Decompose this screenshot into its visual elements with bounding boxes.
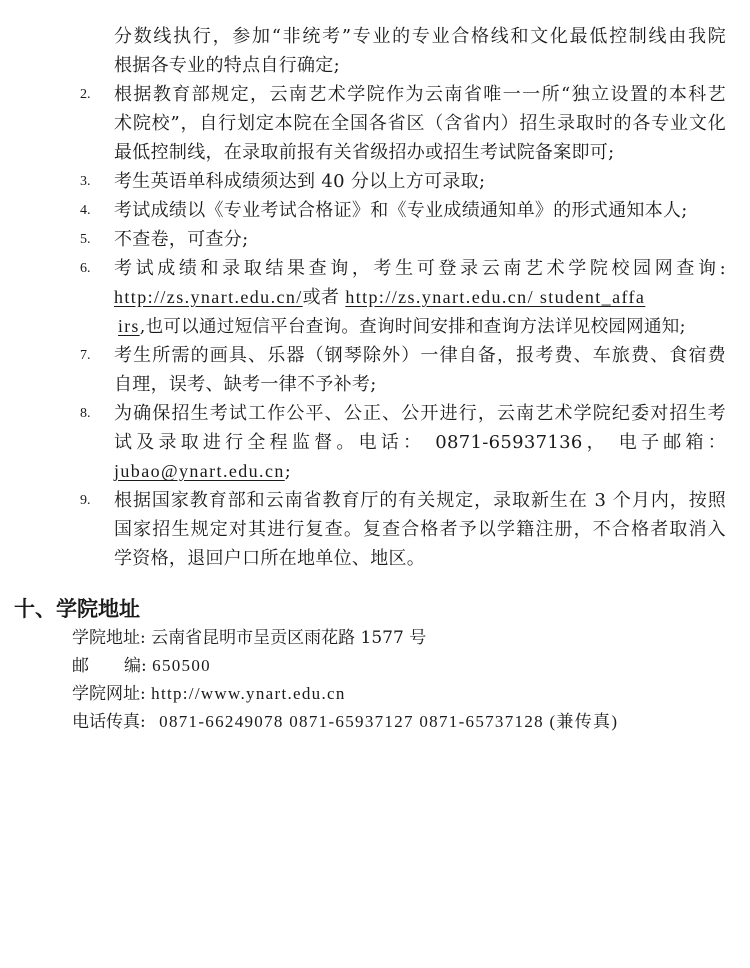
item-9-number: 9. xyxy=(80,486,91,515)
section-heading-address: 十、学院地址 xyxy=(14,594,140,624)
item-9-line-3: 学资格，退回户口所在地单位、地区。 xyxy=(114,544,726,573)
item-3-number: 3. xyxy=(80,167,91,196)
item-2-number: 2. xyxy=(80,80,91,109)
item-4-number: 4. xyxy=(80,196,91,225)
admissions-site-link[interactable]: http://zs.ynart.edu.cn/ xyxy=(114,287,303,307)
item-6-line-2: http://zs.ynart.edu.cn/或者 http://zs.ynar… xyxy=(114,283,726,312)
item-8-line-3: jubao@ynart.edu.cn; xyxy=(114,457,726,486)
phone-fax-row: 电话传真: 0871-66249078 0871-65937127 0871-6… xyxy=(72,708,618,736)
website-link[interactable]: http://www.ynart.edu.cn xyxy=(151,680,346,708)
document-page: 分数线执行，参加“非统考”专业的专业合格线和文化最低控制线由我院 根据各专业的特… xyxy=(0,0,750,968)
postcode-label-1: 邮 xyxy=(72,652,124,680)
phone-fax-value: 0871-66249078 0871-65937127 0871-6573712… xyxy=(159,708,618,736)
address-row: 学院地址: 云南省昆明市呈贡区雨花路 1577 号 xyxy=(72,624,426,652)
item-8-line-2: 试及录取进行全程监督。电话： 0871-65937136， 电子邮箱： xyxy=(114,428,726,457)
item-1-continuation-line-2: 根据各专业的特点自行确定; xyxy=(114,51,726,80)
item-7-number: 7. xyxy=(80,341,91,370)
student-affairs-link-part-1[interactable]: http://zs.ynart.edu.cn/ student_affa xyxy=(345,287,645,307)
item-7-line-1: 考生所需的画具、乐器（钢琴除外）一律自备，报考费、车旅费、食宿费 xyxy=(114,341,726,370)
student-affairs-link-part-2[interactable]: irs xyxy=(118,316,140,336)
item-2-line-3: 最低控制线，在录取前报有关省级招办或招生考试院备案即可; xyxy=(114,138,726,167)
item-7-line-2: 自理，误考、缺考一律不予补考; xyxy=(114,370,726,399)
postcode-label-2: 编: xyxy=(124,652,147,680)
item-6-number: 6. xyxy=(80,254,91,283)
item-2-line-1: 根据教育部规定，云南艺术学院作为云南省唯一一所“独立设置的本科艺 xyxy=(114,80,726,109)
item-3-line-1: 考生英语单科成绩须达到 40 分以上方可录取; xyxy=(114,167,726,196)
or-text: 或者 xyxy=(303,287,340,308)
postcode-row: 邮编: 650500 xyxy=(72,652,211,680)
item-1-continuation-line-1: 分数线执行，参加“非统考”专业的专业合格线和文化最低控制线由我院 xyxy=(114,22,726,51)
item-6-line-1: 考试成绩和录取结果查询，考生可登录云南艺术学院校园网查询: xyxy=(114,254,726,283)
item-6-line-3-text: ,也可以通过短信平台查询。查询时间安排和查询方法详见校园网通知; xyxy=(140,317,686,337)
item-4-line-1: 考试成绩以《专业考试合格证》和《专业成绩通知单》的形式通知本人; xyxy=(114,196,726,225)
website-label: 学院网址: xyxy=(72,680,146,708)
item-5-number: 5. xyxy=(80,225,91,254)
address-label: 学院地址: xyxy=(72,624,146,652)
item-9-line-2: 国家招生规定对其进行复查。复查合格者予以学籍注册，不合格者取消入 xyxy=(114,515,726,544)
phone-fax-label: 电话传真: xyxy=(72,708,146,736)
complaint-email-link[interactable]: jubao@ynart.edu.cn xyxy=(114,461,285,481)
item-5-line-1: 不查卷，可查分; xyxy=(114,225,726,254)
item-9-line-1: 根据国家教育部和云南省教育厅的有关规定，录取新生在 3 个月内，按照 xyxy=(114,486,726,515)
website-row: 学院网址: http://www.ynart.edu.cn xyxy=(72,680,346,708)
item-8-line-1: 为确保招生考试工作公平、公正、公开进行，云南艺术学院纪委对招生考 xyxy=(114,399,726,428)
postcode-value: 650500 xyxy=(152,652,211,680)
email-suffix: ; xyxy=(285,461,291,482)
item-2-line-2: 术院校”，自行划定本院在全国各省区（含省内）招生录取时的各专业文化 xyxy=(114,109,726,138)
address-value: 云南省昆明市呈贡区雨花路 1577 号 xyxy=(151,624,426,652)
item-6-line-3: irs,也可以通过短信平台查询。查询时间安排和查询方法详见校园网通知; xyxy=(118,312,730,341)
item-8-number: 8. xyxy=(80,399,91,428)
